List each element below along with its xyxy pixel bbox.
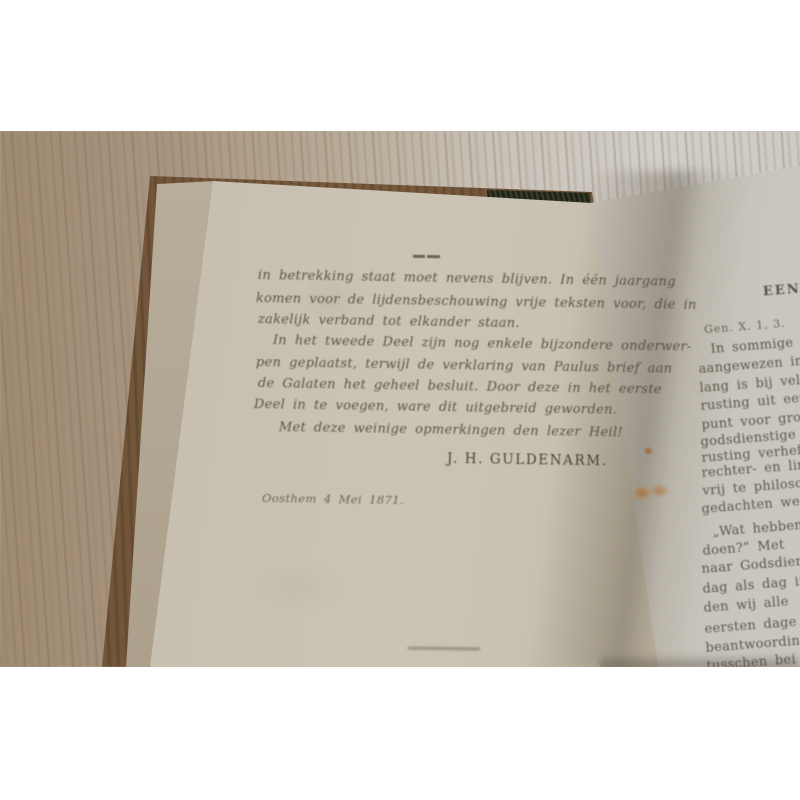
author-signature: J. H. GULDENARM. xyxy=(447,451,608,470)
foxing-dot xyxy=(645,448,652,454)
place-and-date-line: Oosthem 4 Mei 1871. xyxy=(262,491,404,507)
letterboxed-photo-canvas: in betrekking staat moet nevens blijven.… xyxy=(0,0,800,800)
faint-age-spot xyxy=(250,561,340,611)
chapter-heading-fragment: EEN xyxy=(762,282,800,300)
foxing-stain xyxy=(630,481,672,503)
faint-age-spot xyxy=(300,281,360,321)
section-separator-rule xyxy=(413,255,440,258)
book-photo: in betrekking staat moet nevens blijven.… xyxy=(0,131,800,667)
